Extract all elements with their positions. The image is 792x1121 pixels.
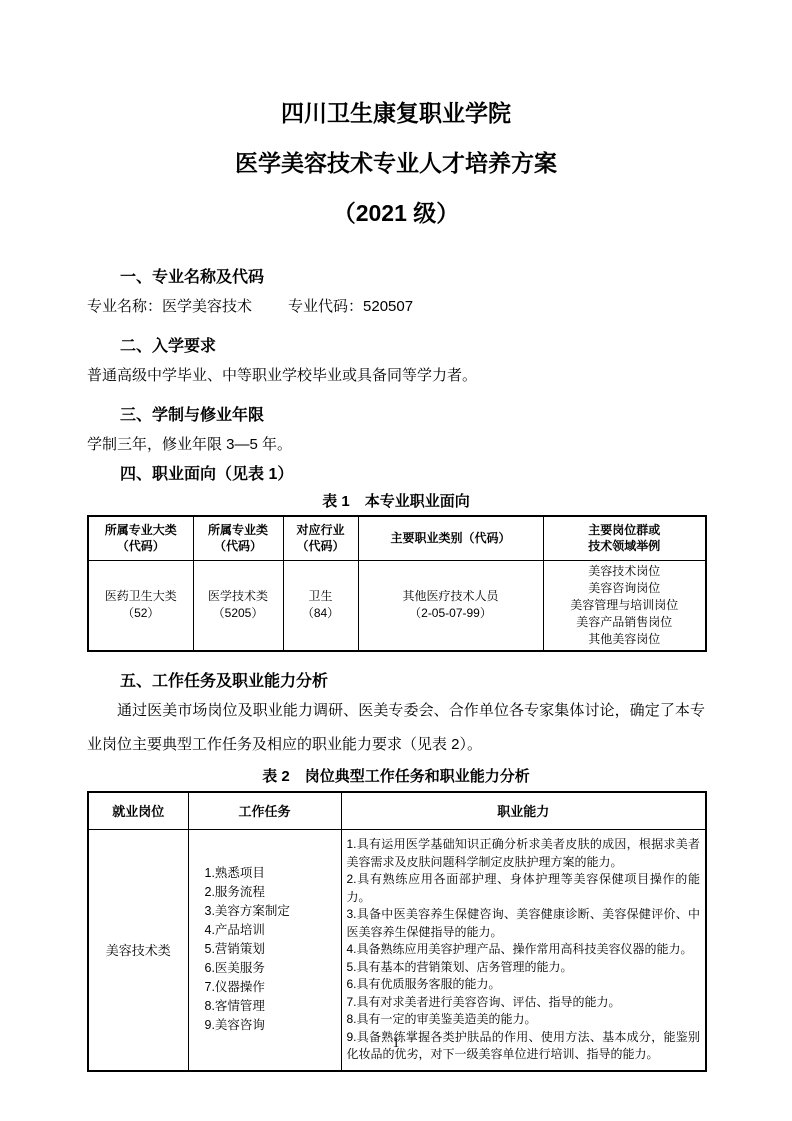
task-item: 2.服务流程 (205, 883, 337, 902)
ability-item: 4.具备熟练应用美容护理产品、操作常用高科技美容仪器的能力。 (347, 941, 701, 959)
section-5-paragraph: 通过医美市场岗位及职业能力调研、医美专委会、合作单位各专家集体讨论，确定了本专业… (87, 694, 705, 762)
major-code-field: 专业代码：520507 (288, 290, 413, 323)
task-item: 8.客情管理 (205, 997, 337, 1016)
ability-item: 3.具备中医美容养生保健咨询、美容健康诊断、美容保健评价、中医美容养生保健指导的… (347, 906, 701, 941)
post-item: 其他美容岗位 (546, 631, 704, 648)
table1-caption: 表 1 本专业职业面向 (87, 491, 705, 513)
section-1-body: 专业名称：医学美容技术 专业代码：520507 (87, 290, 705, 323)
post-item: 美容咨询岗位 (546, 580, 704, 597)
cell-industry: 卫生 （84） (283, 560, 358, 651)
section-2-heading: 二、入学要求 (120, 335, 705, 359)
task-item: 9.美容咨询 (205, 1016, 337, 1035)
section-2-body: 普通高级中学毕业、中等职业学校毕业或具备同等学力者。 (87, 359, 705, 392)
section-5-heading: 五、工作任务及职业能力分析 (120, 670, 705, 694)
table-tasks-abilities: 就业岗位 工作任务 职业能力 美容技术类 1.熟悉项目 2.服务流程 3.美容方… (87, 791, 707, 1072)
table1-header-major-class: 所属专业大类 （代码） (88, 516, 193, 560)
table2-header-row: 就业岗位 工作任务 职业能力 (88, 792, 706, 830)
post-item: 美容管理与培训岗位 (546, 597, 704, 614)
major-name-field: 专业名称：医学美容技术 (87, 290, 252, 323)
section-3-body: 学制三年，修业年限 3—5 年。 (87, 428, 705, 461)
cell-occupation: 其他医疗技术人员 （2-05-07-99） (358, 560, 543, 651)
cell-posts: 美容技术岗位 美容咨询岗位 美容管理与培训岗位 美容产品销售岗位 其他美容岗位 (543, 560, 706, 651)
ability-item: 8.具有一定的审美鉴美造美的能力。 (347, 1011, 701, 1029)
cell-major-class: 医药卫生大类 （52） (88, 560, 193, 651)
table-career-orientation: 所属专业大类 （代码） 所属专业类 （代码） 对应行业 （代码） 主要职业类别（… (87, 515, 707, 652)
cell-job-post: 美容技术类 (88, 830, 188, 1071)
ability-item: 7.具有对求美者进行美容咨询、评估、指导的能力。 (347, 994, 701, 1012)
table2-header-abilities: 职业能力 (341, 792, 706, 830)
section-3-heading: 三、学制与修业年限 (120, 404, 705, 428)
task-item: 4.产品培训 (205, 921, 337, 940)
table1-header-industry: 对应行业 （代码） (283, 516, 358, 560)
table1-header-posts: 主要岗位群或 技术领域举例 (543, 516, 706, 560)
document-page: 四川卫生康复职业学院 医学美容技术专业人才培养方案 （2021 级） 一、专业名… (0, 0, 792, 1121)
ability-item: 1.具有运用医学基础知识正确分析求美者皮肤的成因，根据求美者美容需求及皮肤问题科… (347, 836, 701, 871)
page-number: 1 (0, 1036, 792, 1052)
table1-header-sub-class: 所属专业类 （代码） (193, 516, 283, 560)
document-title: 四川卫生康复职业学院 医学美容技术专业人才培养方案 （2021 级） (87, 88, 705, 238)
post-item: 美容技术岗位 (546, 563, 704, 580)
table2-data-row: 美容技术类 1.熟悉项目 2.服务流程 3.美容方案制定 4.产品培训 5.营销… (88, 830, 706, 1071)
title-line-program: 医学美容技术专业人才培养方案 (87, 138, 705, 188)
table2-header-post: 就业岗位 (88, 792, 188, 830)
cell-sub-class: 医学技术类 （5205） (193, 560, 283, 651)
task-item: 3.美容方案制定 (205, 902, 337, 921)
table1-header-row: 所属专业大类 （代码） 所属专业类 （代码） 对应行业 （代码） 主要职业类别（… (88, 516, 706, 560)
title-line-college: 四川卫生康复职业学院 (87, 88, 705, 138)
title-line-cohort: （2021 级） (87, 188, 705, 238)
task-item: 1.熟悉项目 (205, 864, 337, 883)
table1-data-row: 医药卫生大类 （52） 医学技术类 （5205） 卫生 （84） 其他医疗技术人… (88, 560, 706, 651)
table1-header-occupation: 主要职业类别（代码） (358, 516, 543, 560)
task-item: 7.仪器操作 (205, 978, 337, 997)
ability-item: 6.具有优质服务客服的能力。 (347, 976, 701, 994)
section-4-heading: 四、职业面向（见表 1） (120, 463, 705, 487)
cell-abilities: 1.具有运用医学基础知识正确分析求美者皮肤的成因，根据求美者美容需求及皮肤问题科… (341, 830, 706, 1071)
post-item: 美容产品销售岗位 (546, 614, 704, 631)
cell-tasks: 1.熟悉项目 2.服务流程 3.美容方案制定 4.产品培训 5.营销策划 6.医… (188, 830, 341, 1071)
ability-item: 2.具有熟练应用各面部护理、身体护理等美容保健项目操作的能力。 (347, 871, 701, 906)
table2-caption: 表 2 岗位典型工作任务和职业能力分析 (87, 766, 705, 788)
task-item: 5.营销策划 (205, 940, 337, 959)
ability-item: 5.具有基本的营销策划、店务管理的能力。 (347, 959, 701, 977)
task-item: 6.医美服务 (205, 959, 337, 978)
table2-header-tasks: 工作任务 (188, 792, 341, 830)
section-1-heading: 一、专业名称及代码 (120, 266, 705, 290)
